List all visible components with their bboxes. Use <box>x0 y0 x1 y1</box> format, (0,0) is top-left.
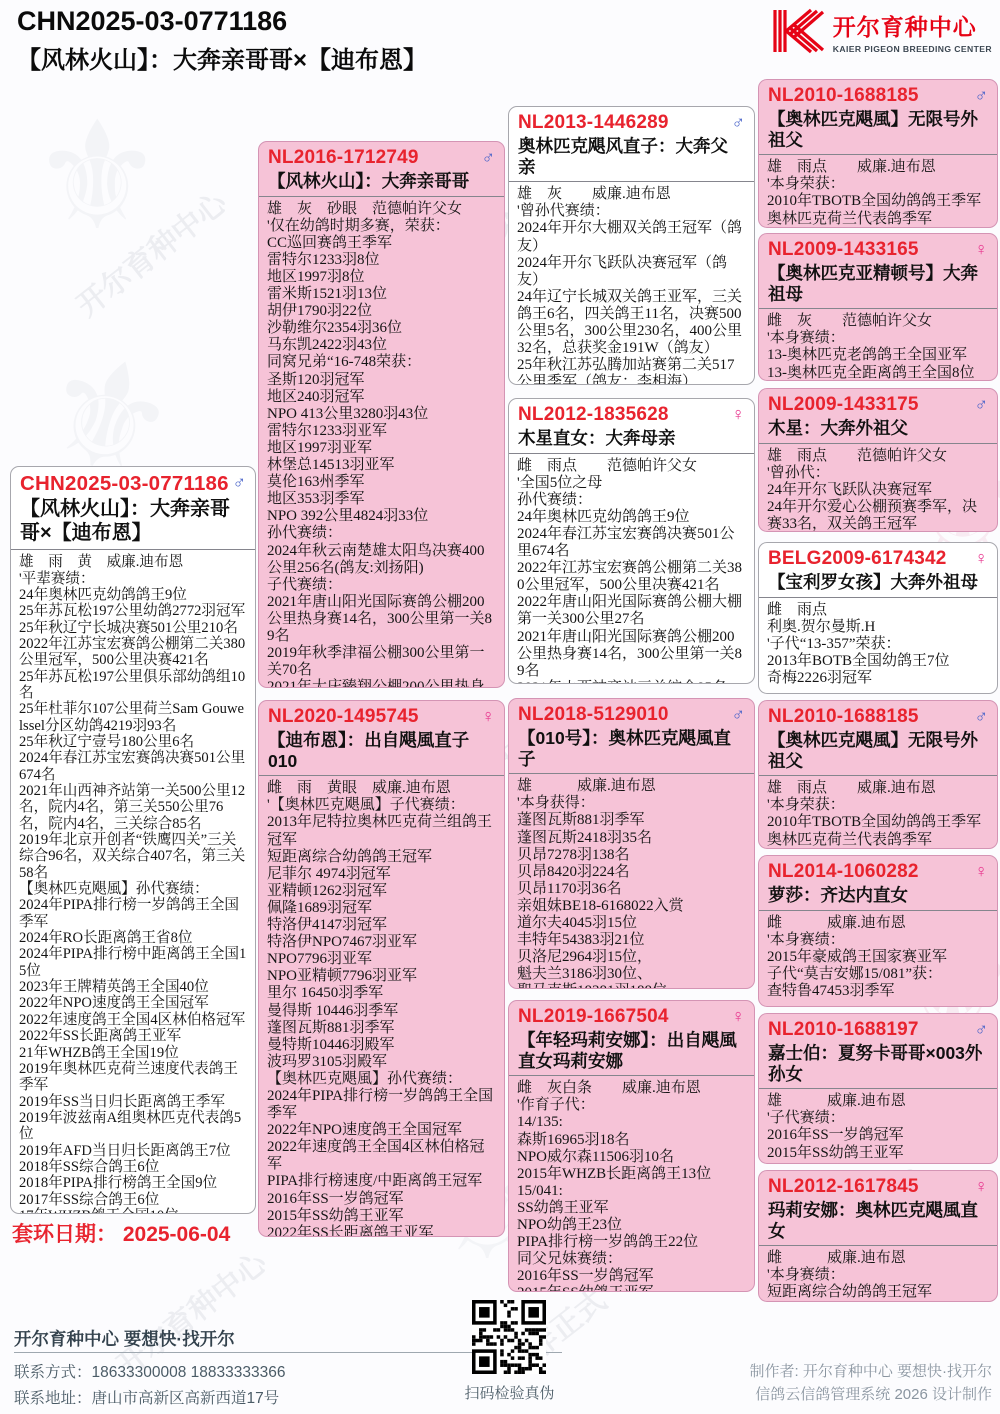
male-icon: ♂ <box>975 1019 989 1040</box>
kaier-logo: 开尔育种中心 KAIER PIGEON BREEDING CENTER <box>767 8 992 54</box>
ring-number: NL2013-1446289 <box>518 112 745 134</box>
page-title: 【风林火山】：大奔亲哥哥×【迪布恩】 <box>17 40 427 75</box>
logo-brand-en: KAIER PIGEON BREEDING CENTER <box>833 44 992 54</box>
ring-number: NL2012-1617845 <box>768 1176 988 1198</box>
ring-date-value: 2025-06-04 <box>123 1223 230 1246</box>
footer-address: 联系地址：唐山市高新区高新西道17号 <box>14 1386 279 1408</box>
male-icon: ♂ <box>975 85 989 106</box>
ring-number: NL2009-1433175 <box>768 394 988 416</box>
pedigree-box-ggp3: NL2009-1433175 ♂ 木星：大奔外祖父 雄 雨点 范德帕许父女 '曾… <box>758 388 998 532</box>
race-results: 雌 灰 范德帕许父女 '本身赛绩： 13-奥林匹克老鸽鸽王全国亚军 13-奥林匹… <box>759 309 997 381</box>
race-results: 雄 威廉.迪布恩 '子代赛绩： 2016年SS一岁鸽冠军 2015年SS幼鸽王亚… <box>759 1089 997 1164</box>
pedigree-box-father: NL2016-1712749 ♂ 【风林火山】：大奔亲哥哥 雄 灰 砂眼 范德帕… <box>258 141 505 688</box>
ring-number: NL2020-1495745 <box>268 706 495 728</box>
male-icon: ♂ <box>975 706 989 727</box>
contact-label: 联系方式： <box>14 1364 92 1381</box>
ring-number: NL2012-1835628 <box>518 404 745 426</box>
female-icon: ♀ <box>482 706 496 727</box>
pigeon-name: 【奥林匹克亚精顿号】大奔祖母 <box>768 263 988 304</box>
ring-number: NL2009-1433165 <box>768 239 988 261</box>
pigeon-name: 【奥林匹克飓風】无限号外祖父 <box>768 730 988 771</box>
male-icon: ♂ <box>732 112 746 133</box>
address-value: 唐山市高新区高新西道17号 <box>92 1390 280 1407</box>
pigeon-name: 木星：大奔外祖父 <box>768 418 988 439</box>
pedigree-box-ggp2: NL2009-1433165 ♀ 【奥林匹克亚精顿号】大奔祖母 雌 灰 范德帕许… <box>758 233 998 381</box>
ring-number: BELG2009-6174342 <box>768 548 988 570</box>
ring-number: CHN2025-03-0771186 <box>20 472 246 496</box>
pedigree-box-mother: NL2020-1495745 ♀ 【迪布恩】：出自飓風直子010 雌 雨 黄眼 … <box>258 700 505 1237</box>
footer-contact: 联系方式：18633300008 18833333366 <box>14 1360 285 1382</box>
race-results: 雄 灰 砂眼 范德帕许父女 '仅在幼鸽时期多赛，荣获： CC巡回赛鸽王季军 雷特… <box>259 197 504 688</box>
male-icon: ♂ <box>482 147 496 168</box>
pigeon-name: 【风林火山】：大奔亲哥哥 <box>268 171 495 192</box>
ring-number: NL2010-1688185 <box>768 85 988 107</box>
race-results: 雌 雨点 范德帕许父女 '全国5位之母 孙代赛绩： 24年奥林匹克幼鸽鸽王9位 … <box>509 454 754 684</box>
pigeon-name: 木星直女：大奔母亲 <box>518 428 745 449</box>
pigeon-name: 【宝利罗女孩】大奔外祖母 <box>768 572 988 593</box>
qr-code <box>472 1300 546 1374</box>
maker-line1: 制作者: 开尔育种中心 要想快·找开尔 <box>750 1360 993 1383</box>
contact-value: 18633300008 18833333366 <box>92 1364 286 1381</box>
ring-number: NL2016-1712749 <box>268 147 495 169</box>
female-icon: ♀ <box>975 1176 989 1197</box>
maker-line2: 信鸽云信鸽管理系统 2026 设计制作 <box>750 1383 993 1406</box>
race-results: 雌 威廉.迪布恩 '本身赛绩： 短距离综合幼鸽鸽王冠军 WHZB幼鸽鸽王全国14… <box>759 1246 997 1302</box>
pigeon-name: 奥林匹克飓风直子：大奔父亲 <box>518 136 745 177</box>
race-results: 雌 灰白条 威廉.迪布恩 '作育子代： 14/135: 森斯16965羽18名 … <box>509 1076 754 1292</box>
pigeon-name: 【风林火山】：大奔亲哥哥×【迪布恩】 <box>20 498 246 545</box>
footer-maker: 制作者: 开尔育种中心 要想快·找开尔 信鸽云信鸽管理系统 2026 设计制作 <box>750 1360 993 1407</box>
pigeon-name: 萝莎：齐达内直女 <box>768 885 988 906</box>
kaier-k-icon <box>767 8 825 54</box>
brand-watermark: 开尔育种中心 <box>66 179 235 324</box>
ring-date: 套环日期： 2025-06-04 <box>12 1218 230 1248</box>
pigeon-name: 【奥林匹克飓風】无限号外祖父 <box>768 109 988 150</box>
female-icon: ♀ <box>975 861 989 882</box>
ring-number: NL2010-1688185 <box>768 706 988 728</box>
pedigree-box-ggp1: NL2010-1688185 ♂ 【奥林匹克飓風】无限号外祖父 雄 雨点 威廉.… <box>758 79 998 228</box>
page-ring-number: CHN2025-03-0771186 <box>17 6 287 37</box>
race-results: 雄 雨点 威廉.迪布恩 '本身荣获： 2010年TBOTB全国幼鸽鸽王季军 奥林… <box>759 155 997 228</box>
ring-number: NL2018-5129010 <box>518 704 745 726</box>
ring-date-label: 套环日期： <box>12 1223 123 1246</box>
pedigree-box-grandsire-maternal: NL2018-5129010 ♂ 【010号】：奥林匹克飓風直子 雄 威廉.迪布… <box>508 698 755 989</box>
ring-number: NL2010-1688197 <box>768 1019 988 1041</box>
male-icon: ♂ <box>233 472 247 493</box>
pedigree-box-granddam-maternal: NL2019-1667504 ♀ 【年轻玛莉安娜】：出自飓風直女玛莉安娜 雌 灰… <box>508 1000 755 1292</box>
pedigree-box-ggp6: NL2014-1060282 ♀ 萝莎：齐达内直女 雌 威廉.迪布恩 '本身赛绩… <box>758 855 998 1007</box>
race-results: 雌 威廉.迪布恩 '本身赛绩： 2015年豪威鸽王国家赛亚军 子代“莫吉安娜15… <box>759 911 997 1004</box>
pigeon-name: 【迪布恩】：出自飓風直子010 <box>268 730 495 771</box>
race-results: 雌 雨点 利奥.贺尔曼斯.H '子代“13-357”荣获： 2013年BOTB全… <box>759 598 997 691</box>
pigeon-name: 玛莉安娜：奥林匹克飓風直女 <box>768 1200 988 1241</box>
female-icon: ♀ <box>732 404 746 425</box>
pedigree-box-ggp5: NL2010-1688185 ♂ 【奥林匹克飓風】无限号外祖父 雄 雨点 威廉.… <box>758 700 998 849</box>
pedigree-box-ggp4: BELG2009-6174342 ♀ 【宝利罗女孩】大奔外祖母 雌 雨点 利奥.… <box>758 542 998 694</box>
pedigree-box-ggp8: NL2012-1617845 ♀ 玛莉安娜：奥林匹克飓風直女 雌 威廉.迪布恩 … <box>758 1170 998 1302</box>
male-icon: ♂ <box>732 704 746 725</box>
female-icon: ♀ <box>975 239 989 260</box>
race-results: 雄 雨点 范德帕许父女 '曾孙代： 24年开尔飞跃队决赛冠军 24年开尔爱心公棚… <box>759 444 997 532</box>
pigeon-name: 嘉士伯：夏努卡哥哥×003外孙女 <box>768 1043 988 1084</box>
male-icon: ♂ <box>975 394 989 415</box>
pedigree-box-grandsire: NL2013-1446289 ♂ 奥林匹克飓风直子：大奔父亲 雄 灰 威廉.迪布… <box>508 106 755 385</box>
ring-number: NL2014-1060282 <box>768 861 988 883</box>
pedigree-box-ggp7: NL2010-1688197 ♂ 嘉士伯：夏努卡哥哥×003外孙女 雄 威廉.迪… <box>758 1013 998 1164</box>
race-results: 雄 雨点 威廉.迪布恩 '本身荣获： 2010年TBOTB全国幼鸽鸽王季军 奥林… <box>759 776 997 849</box>
female-icon: ♀ <box>732 1006 746 1027</box>
race-results: 雄 威廉.迪布恩 '本身获得： 蓬图瓦斯881羽季军 蓬图瓦斯2418羽35名 … <box>509 774 754 989</box>
qr-caption: 扫码检验真伪 <box>437 1382 582 1403</box>
ring-number: NL2019-1667504 <box>518 1006 745 1028</box>
logo-brand-cn: 开尔育种中心 <box>833 9 992 42</box>
pedigree-box-granddam: NL2012-1835628 ♀ 木星直女：大奔母亲 雌 雨点 范德帕许父女 '… <box>508 398 755 684</box>
pigeon-name: 【年轻玛莉安娜】：出自飓風直女玛莉安娜 <box>518 1030 745 1071</box>
race-results: 雌 雨 黄眼 威廉.迪布恩 '【奥林匹克飓風】子代赛绩： 2013年尼特拉奥林匹… <box>259 776 504 1237</box>
footer-brand: 开尔育种中心 要想快·找开尔 <box>14 1326 235 1351</box>
pedigree-box-subject: CHN2025-03-0771186 ♂ 【风林火山】：大奔亲哥哥×【迪布恩】 … <box>10 466 256 1214</box>
race-results: 雄 雨 黄 威廉.迪布恩 '平辈赛绩： 24年奥林匹克幼鸽鸽王9位 25年苏瓦松… <box>11 550 255 1214</box>
pigeon-name: 【010号】：奥林匹克飓風直子 <box>518 728 745 769</box>
female-icon: ♀ <box>975 548 989 569</box>
address-label: 联系地址： <box>14 1390 92 1407</box>
race-results: 雄 灰 威廉.迪布恩 '曾孙代赛绩： 2024年开尔大棚双关鸽王冠军（鸽友） 2… <box>509 182 754 385</box>
fleur-watermark: ⚜ <box>30 90 164 264</box>
